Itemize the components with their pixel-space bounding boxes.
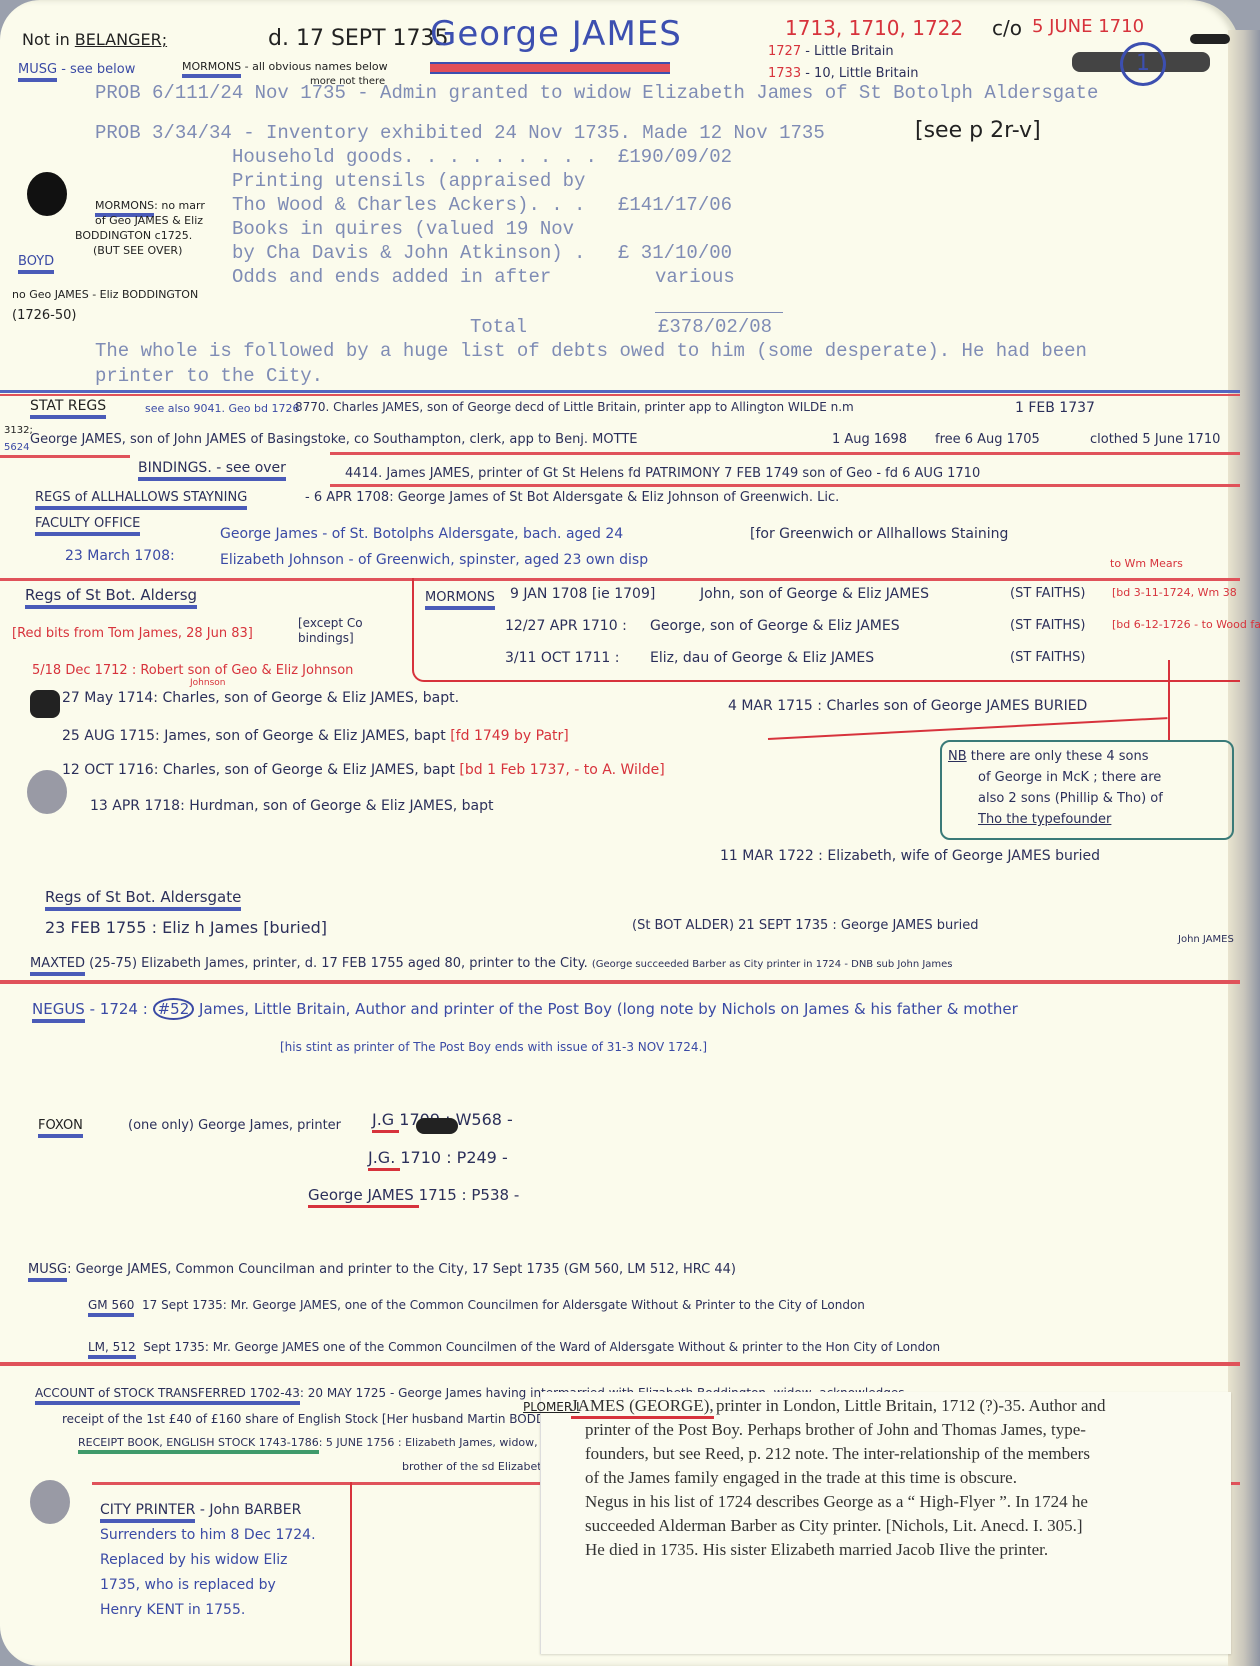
- nb-line: also 2 sons (Phillip & Tho) of: [948, 788, 1163, 809]
- lm-text: Sept 1735: Mr. George JAMES one of the C…: [143, 1340, 940, 1354]
- margin-mormons-text: (BUT SEE OVER): [93, 243, 205, 258]
- stat-regs-ref-1: 3132;: [4, 425, 33, 436]
- mormons-row-date: 3/11 OCT 1711 :: [505, 650, 619, 666]
- mormons-row-parish: (ST FAITHS): [1010, 586, 1085, 601]
- burial-charles: 4 MAR 1715 : Charles son of George JAMES…: [728, 698, 1087, 714]
- page-title: George JAMES: [430, 14, 682, 54]
- red-years: 1713, 1710, 1722: [785, 16, 963, 40]
- burial-elizabeth: 11 MAR 1722 : Elizabeth, wife of George …: [720, 848, 1100, 864]
- faculty-line-1: George James - of St. Botolphs Aldersgat…: [220, 526, 623, 542]
- allhallows-text: - 6 APR 1708: George James of St Bot Ald…: [305, 490, 839, 505]
- foxon-text: (one only) George James, printer: [128, 1118, 341, 1133]
- baptism-date: 25 AUG 1715:: [62, 728, 164, 744]
- debts-line-2: printer to the City.: [95, 365, 323, 387]
- baptism-note: [fd 1749 by Patr]: [450, 728, 569, 744]
- margin-mormons-text: BODDINGTON c1725.: [75, 228, 205, 243]
- nb-line: there are only these 4 sons: [971, 749, 1149, 764]
- inventory-item: Odds and ends added in after: [232, 266, 551, 288]
- foxon-label-text: FOXON: [38, 1118, 83, 1138]
- mormons-row-note: [bd 6-12-1726 - to Wood fall: [1112, 618, 1260, 631]
- total-rule: [655, 312, 783, 313]
- stat-regs-clothed: clothed 5 June 1710: [1090, 432, 1220, 447]
- stock-label: ACCOUNT of STOCK TRANSFERRED 1702-43: [35, 1386, 300, 1405]
- bindings-note: BINDINGS. - see over: [138, 460, 286, 476]
- mormons-row-parish: (ST FAITHS): [1010, 650, 1085, 665]
- foxon-who: J.G.: [368, 1148, 400, 1171]
- total-value: £378/02/08: [658, 316, 772, 338]
- mormons-note-text: - all obvious names below: [245, 60, 388, 73]
- baptism-text: James, son of George & Eliz JAMES, bapt: [164, 728, 450, 744]
- header-not-in: Not in BELANGER;: [22, 30, 167, 49]
- foxon-entry: George JAMES 1715 : P538 -: [308, 1186, 519, 1204]
- baptism-entry: 27 May 1714: Charles, son of George & El…: [62, 690, 459, 706]
- bot-regs-label: Regs of St Bot. Aldersg: [25, 586, 197, 604]
- mormons-row-date: 12/27 APR 1710 :: [505, 618, 627, 634]
- negus-line: NEGUS - 1724 : #52 James, Little Britain…: [32, 1000, 1018, 1018]
- belanger-text: BELANGER;: [75, 30, 167, 49]
- city-printer-text: Henry KENT in 1755.: [100, 1598, 316, 1623]
- card-edge: [1228, 30, 1260, 1666]
- card-number: 1: [1120, 42, 1166, 86]
- death-date: d. 17 SEPT 1735: [268, 26, 449, 51]
- scribble-mark: [30, 690, 60, 718]
- mormons-row-text: Eliz, dau of George & Eliz JAMES: [650, 650, 874, 666]
- maxted-note: (George succeeded Barber as City printer…: [592, 959, 953, 970]
- margin-mormons: MORMONS: no marr of Geo JAMES & Eliz BOD…: [95, 198, 205, 258]
- mormons-row-date: 9 JAN 1708 [ie 1709]: [510, 586, 655, 602]
- foxon-label: FOXON: [38, 1118, 83, 1133]
- city-printer-text: Surrenders to him 8 Dec 1724.: [100, 1523, 316, 1548]
- bot-regs2-label: Regs of St Bot. Aldersgate: [45, 888, 241, 906]
- plomer-line: founders, but see Reed, p. 212 note. The…: [585, 1444, 1090, 1464]
- plomer-clipping: PLOMER I JAMES (GEORGE), printer in Lond…: [540, 1392, 1231, 1654]
- baptism-entry: 12 OCT 1716: Charles, son of George & El…: [62, 762, 665, 778]
- plomer-heading-text: JAMES (GEORGE),: [571, 1396, 714, 1419]
- receipt-book-label: RECEIPT BOOK, ENGLISH STOCK 1743-1786: [78, 1436, 319, 1454]
- bot-regs-robert: 5/18 Dec 1712 : Robert son of Geo & Eliz…: [32, 663, 353, 678]
- inventory-item: Books in quires (valued 19 Nov: [232, 218, 574, 240]
- title-underline: [430, 62, 670, 74]
- nb-line: Tho the typefounder: [948, 809, 1163, 830]
- faculty-label: FACULTY OFFICE: [35, 516, 140, 531]
- margin-mormons-text: of Geo JAMES & Eliz: [95, 213, 205, 228]
- punch-hole: [27, 172, 67, 216]
- inventory-value: £190/09/02: [618, 146, 732, 168]
- bot-regs2-entry: 23 FEB 1755 : Eliz h James [buried]: [45, 918, 327, 937]
- plomer-line: of the James family engaged in the trade…: [585, 1468, 1017, 1488]
- faculty-note: [for Greenwich or Allhallows Staining: [750, 526, 1008, 542]
- crossed-out-mark: [416, 1118, 458, 1134]
- foxon-year: 1710: [400, 1148, 446, 1167]
- stat-regs-freed: free 6 Aug 1705: [935, 432, 1040, 447]
- gm-text: 17 Sept 1735: Mr. George JAMES, one of t…: [142, 1298, 865, 1312]
- baptism-entry: 25 AUG 1715: James, son of George & Eliz…: [62, 728, 569, 744]
- city-printer-label: CITY PRINTER: [100, 1502, 195, 1523]
- foxon-who: George JAMES: [308, 1186, 419, 1208]
- plomer-line: printer of the Post Boy. Perhaps brother…: [585, 1420, 1086, 1440]
- gm-line: GM 560 17 Sept 1735: Mr. George JAMES, o…: [88, 1298, 865, 1312]
- divider: [0, 394, 1240, 396]
- allhallows-label-text: REGS of ALLHALLOWS STAYNING: [35, 490, 247, 510]
- baptism-text: Charles, son of George & Eliz JAMES, bap…: [163, 762, 460, 778]
- plomer-heading: JAMES (GEORGE),: [571, 1396, 714, 1416]
- nb-line: of George in McK ; there are: [948, 767, 1163, 788]
- divider: [0, 455, 130, 458]
- inventory-value: £141/17/06: [618, 194, 732, 216]
- bindings-text: BINDINGS. - see over: [138, 460, 286, 481]
- divider: [330, 484, 1240, 487]
- baptism-date: 12 OCT 1716:: [62, 762, 163, 778]
- divider: [330, 452, 1240, 455]
- foxon-year: 1715: [419, 1186, 462, 1204]
- punch-hole: [27, 770, 67, 814]
- addr1-text: - Little Britain: [805, 44, 893, 59]
- faculty-line-2: Elizabeth Johnson - of Greenwich, spinst…: [220, 552, 648, 568]
- see-page-note: [see p 2r-v]: [915, 118, 1041, 143]
- plomer-line: Negus in his list of 1724 describes Geor…: [585, 1492, 1088, 1512]
- mormons-row-text: George, son of George & Eliz JAMES: [650, 618, 900, 634]
- boyd-label-text: BOYD: [18, 254, 54, 274]
- baptism-date: 27 May 1714:: [62, 690, 162, 706]
- divider: [0, 390, 1240, 393]
- inventory-value: £ 31/10/00: [618, 242, 732, 264]
- debts-line-1: The whole is followed by a huge list of …: [95, 340, 1087, 362]
- inventory-value: various: [655, 266, 735, 288]
- nb-text: NB there are only these 4 sons of George…: [948, 746, 1163, 830]
- boyd-text: no Geo JAMES - Eliz BODDINGTON: [12, 288, 198, 301]
- mormons-above-note: to Wm Mears: [1110, 557, 1183, 570]
- baptism-entry: 13 APR 1718: Hurdman, son of George & El…: [90, 798, 493, 814]
- address-2: 1733 - 10, Little Britain: [768, 66, 918, 81]
- mormons-box-label-text: MORMONS: [425, 590, 495, 610]
- bot-regs2-label-text: Regs of St Bot. Aldersgate: [45, 888, 241, 911]
- maxted-text: (25-75) Elizabeth James, printer, d. 17 …: [89, 956, 588, 971]
- negus-number: #52: [153, 998, 195, 1020]
- musg-text: : George JAMES, Common Councilman and pr…: [67, 1262, 736, 1277]
- address-1: 1727 - Little Britain: [768, 44, 894, 59]
- city-printer-text: 1735, who is replaced by: [100, 1573, 316, 1598]
- musg-note: MUSG - see below: [18, 62, 135, 77]
- maxted-label: MAXTED: [30, 956, 85, 976]
- inventory-item: Tho Wood & Charles Ackers). . .: [232, 194, 585, 216]
- bot-regs2-george: (St BOT ALDER) 21 SEPT 1735 : George JAM…: [632, 918, 978, 933]
- mormons-row-parish: (ST FAITHS): [1010, 618, 1085, 633]
- musg-line: MUSG: George JAMES, Common Councilman an…: [28, 1262, 736, 1277]
- mormons-row-text: John, son of George & Eliz JAMES: [700, 586, 929, 602]
- inventory-item: Printing utensils (appraised by: [232, 170, 585, 192]
- arrow-line: [1168, 660, 1170, 740]
- addr2-text: - 10, Little Britain: [805, 66, 918, 81]
- boyd-years: (1726-50): [12, 308, 76, 323]
- stat-regs-line-3: 4414. James JAMES, printer of Gt St Hele…: [345, 466, 980, 481]
- plomer-line: printer in London, Little Britain, 1712 …: [716, 1396, 1106, 1416]
- boyd-label: BOYD: [18, 254, 54, 269]
- baptism-text: Hurdman, son of George & Eliz JAMES, bap…: [189, 798, 493, 814]
- co-label: c/o: [992, 16, 1022, 40]
- john-james-note: John JAMES: [1178, 934, 1234, 945]
- allhallows-label: REGS of ALLHALLOWS STAYNING: [35, 490, 247, 505]
- city-printer-text: - John BARBER: [200, 1502, 301, 1518]
- total-label: Total: [470, 316, 527, 338]
- stat-regs-label-text: STAT REGS: [30, 398, 106, 419]
- mormons-note: MORMONS - all obvious names below: [182, 60, 388, 73]
- gm-label: GM 560: [88, 1298, 134, 1317]
- inventory-item: by Cha Davis & John Atkinson) .: [232, 242, 585, 264]
- stat-regs-apprenticed: 1 Aug 1698: [832, 432, 907, 447]
- inventory-item: Household goods. . . . . . . . .: [232, 146, 597, 168]
- negus-year: - 1724 :: [90, 1000, 148, 1018]
- prob6-line: PROB 6/111/24 Nov 1735 - Admin granted t…: [95, 82, 1098, 104]
- foxon-ref: : P538 -: [462, 1186, 520, 1204]
- stat-regs-label: STAT REGS: [30, 398, 106, 414]
- faculty-label-text: FACULTY OFFICE: [35, 516, 140, 536]
- baptism-note: [bd 1 Feb 1737, - to A. Wilde]: [459, 762, 664, 778]
- musg-section-label: MUSG: [28, 1262, 67, 1282]
- bot-regs-label-text: Regs of St Bot. Aldersg: [25, 586, 197, 609]
- mormons-row-note: [bd 3-11-1724, Wm 38: [1112, 586, 1237, 599]
- stat-regs-line-1-date: 1 FEB 1737: [1015, 400, 1095, 416]
- addr1-year: 1727: [768, 44, 801, 59]
- foxon-entry: J.G. 1710 : P249 -: [368, 1148, 508, 1167]
- city-printer-note: CITY PRINTER - John BARBER Surrenders to…: [100, 1498, 316, 1623]
- divider: [0, 1362, 1240, 1366]
- lm-line: LM, 512 Sept 1735: Mr. George JAMES one …: [88, 1340, 940, 1354]
- stat-regs-line-1: 8770. Charles JAMES, son of George decd …: [295, 400, 854, 414]
- prob3-line: PROB 3/34/34 - Inventory exhibited 24 No…: [95, 122, 825, 144]
- mormons-label: MORMONS: [182, 60, 241, 78]
- faculty-date: 23 March 1708:: [65, 548, 175, 564]
- addr2-year: 1733: [768, 66, 801, 81]
- bot-regs-robert-insert: Johnson: [190, 678, 225, 688]
- bot-regs-except-note: [except Co bindings]: [298, 616, 378, 646]
- lm-label: LM, 512: [88, 1340, 136, 1359]
- bot-regs-red-note: [Red bits from Tom James, 28 Jun 83]: [12, 626, 253, 641]
- city-printer-text: Replaced by his widow Eliz: [100, 1548, 316, 1573]
- foxon-ref: : P249 -: [446, 1148, 508, 1167]
- stat-regs-line-2: George JAMES, son of John JAMES of Basin…: [30, 432, 638, 447]
- baptism-text: Charles, son of George & Eliz JAMES, bap…: [162, 690, 459, 706]
- margin-mormons-text: : no marr: [154, 199, 205, 212]
- foxon-who: J.G: [372, 1110, 399, 1133]
- musg-label: MUSG: [18, 62, 57, 82]
- plomer-line: He died in 1735. His sister Elizabeth ma…: [585, 1540, 1048, 1560]
- punch-hole: [30, 1480, 70, 1524]
- divider: [0, 980, 1240, 984]
- not-in-text: Not in: [22, 30, 70, 49]
- mormons-box-label: MORMONS: [425, 590, 495, 605]
- nb-label: NB: [948, 749, 967, 764]
- negus-text: James, Little Britain, Author and printe…: [199, 1000, 1018, 1018]
- stat-regs-ref-2: 5624: [4, 442, 29, 453]
- negus-label: NEGUS: [32, 1000, 85, 1023]
- crossed-out-mark: [1190, 34, 1230, 44]
- maxted-line: MAXTED (25-75) Elizabeth James, printer,…: [30, 956, 953, 971]
- negus-note: [his stint as printer of The Post Boy en…: [280, 1040, 707, 1054]
- baptism-date: 13 APR 1718:: [90, 798, 189, 814]
- stat-regs-see-also: see also 9041. Geo bd 1726: [145, 402, 299, 415]
- plomer-line: succeeded Alderman Barber as City printe…: [585, 1516, 1083, 1536]
- musg-note-text: - see below: [61, 62, 135, 77]
- co-date: 5 JUNE 1710: [1032, 16, 1144, 37]
